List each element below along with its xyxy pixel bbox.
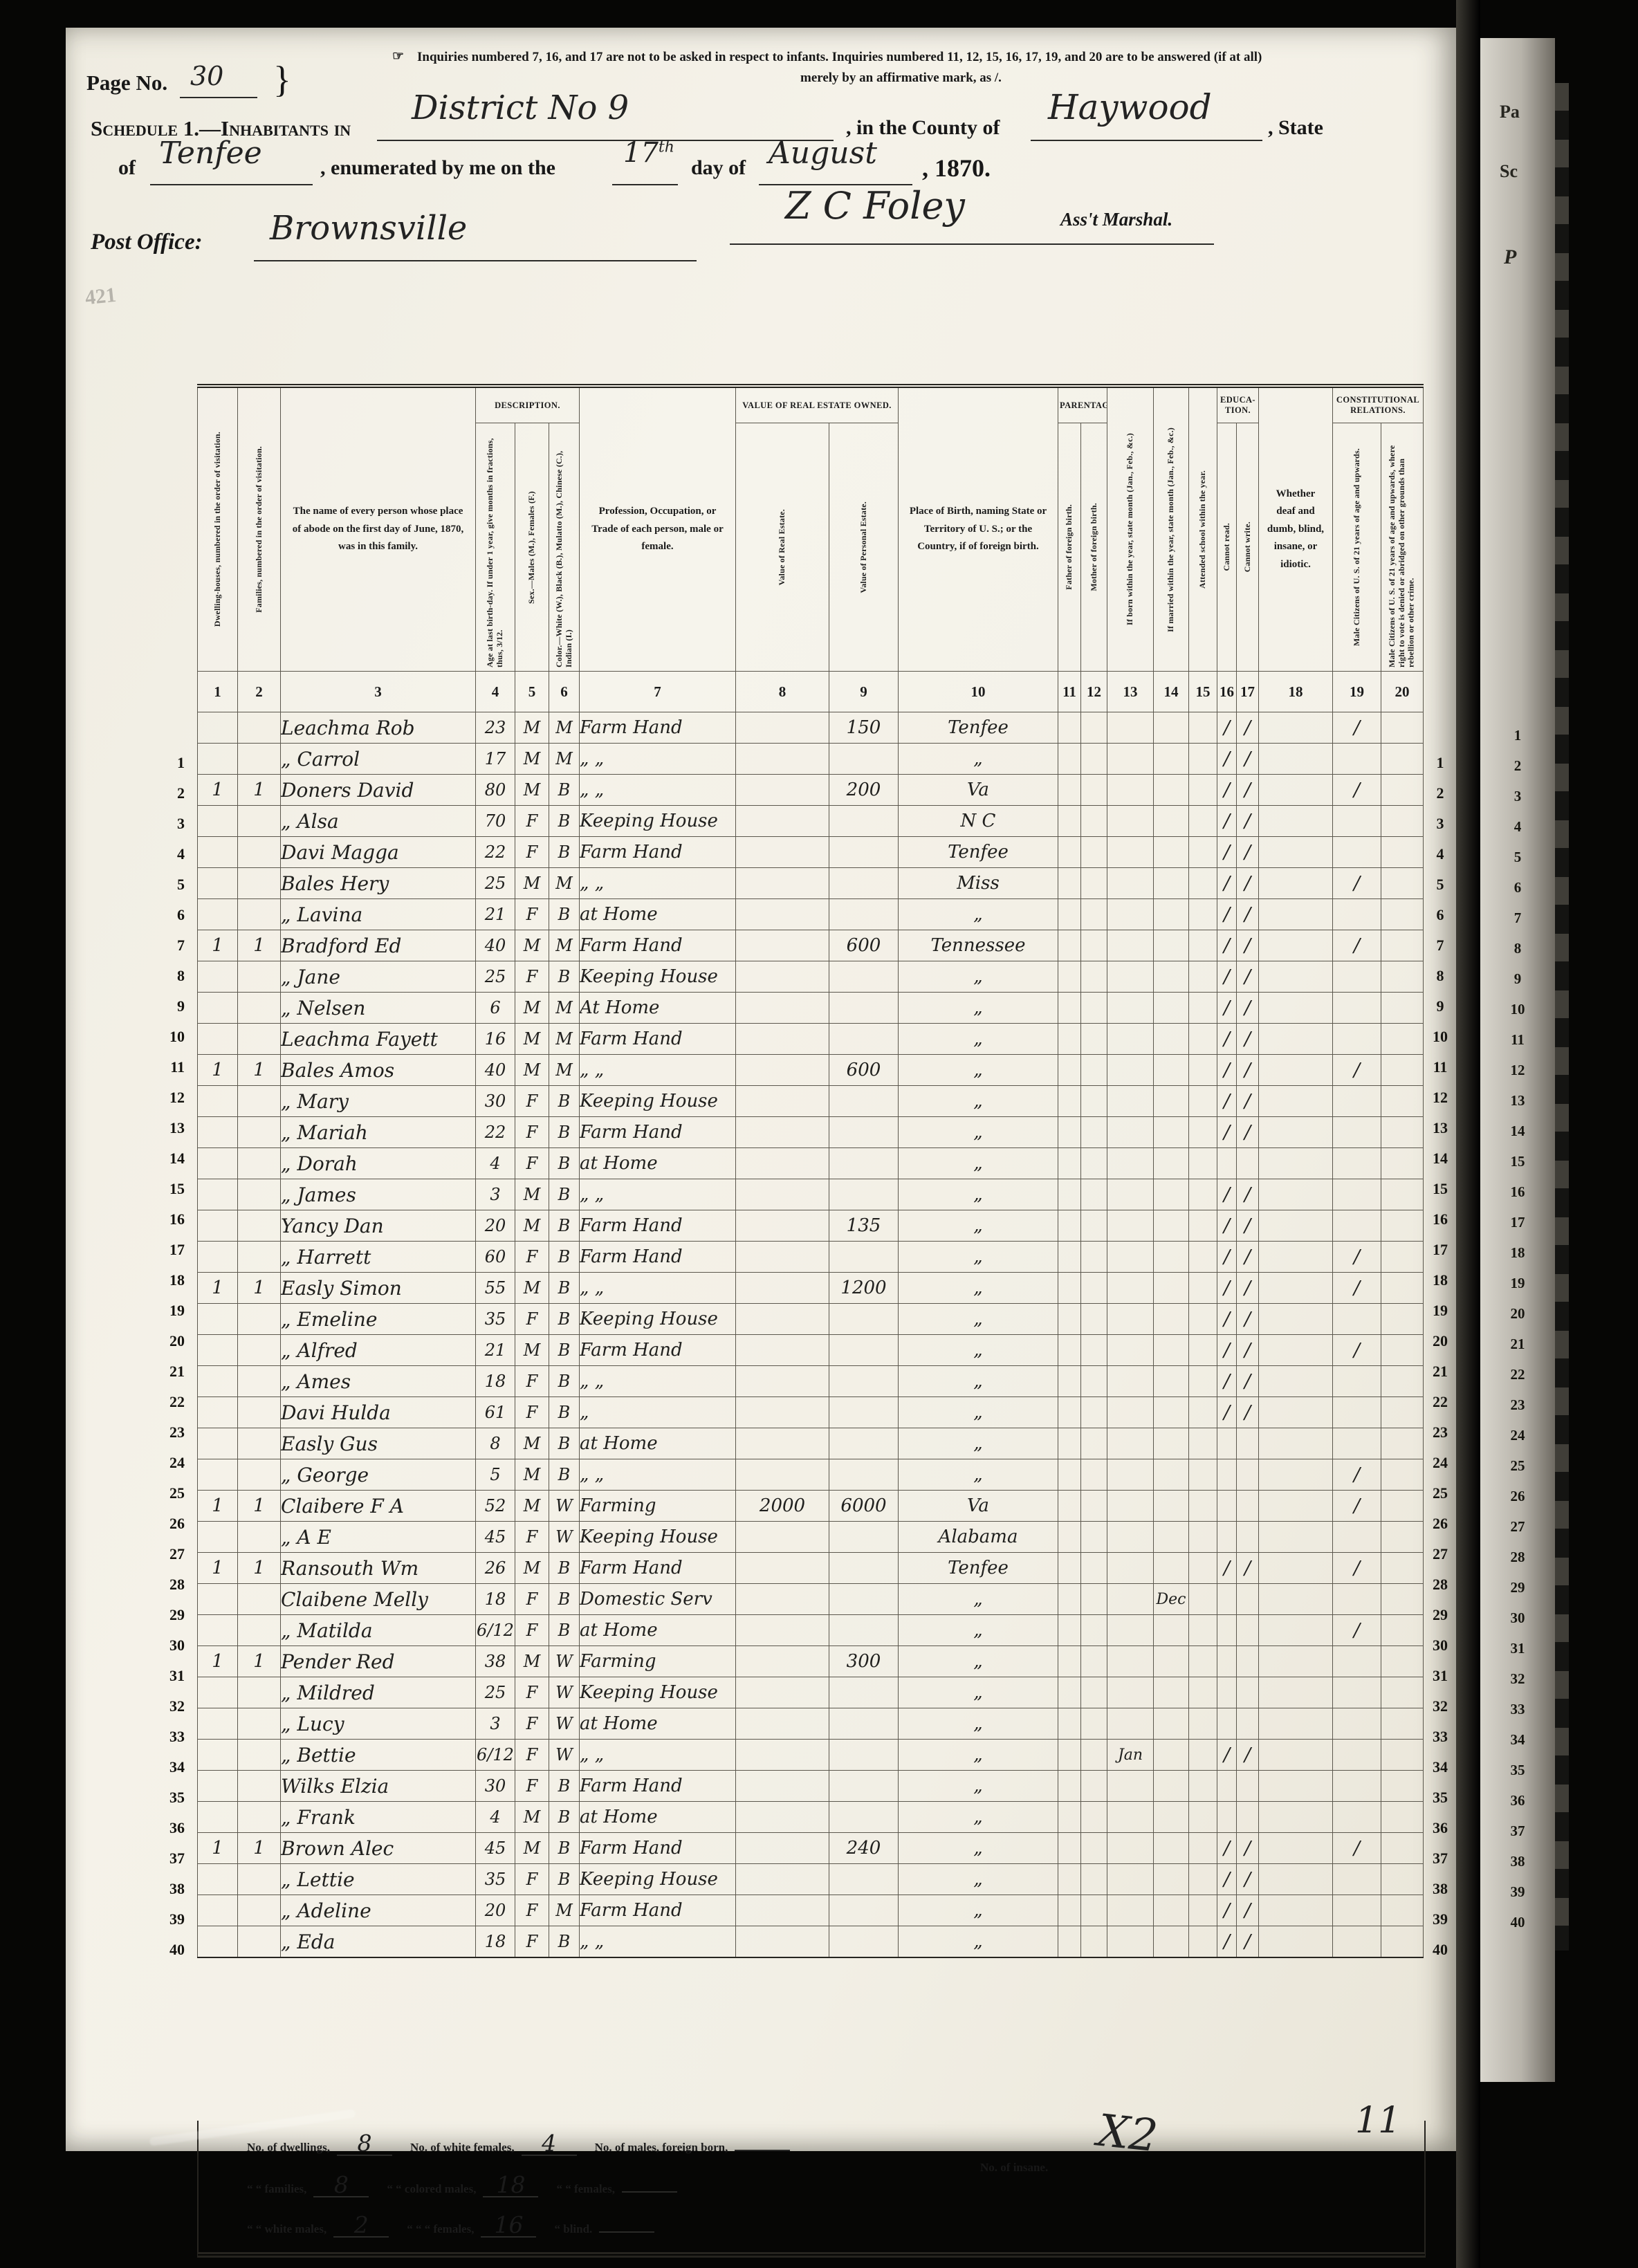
cell-married-month: [1154, 1553, 1189, 1584]
cell-birthplace: „: [899, 1210, 1058, 1242]
group-description: DESCRIPTION.: [476, 386, 580, 423]
person-row-36: „ Frank4MBat Home„: [198, 1802, 1424, 1833]
group-value-owned-label: VALUE OF REAL ESTATE OWNED.: [736, 398, 898, 414]
cell-name: „ James: [281, 1179, 476, 1210]
cell-cannot-read: [1217, 1584, 1237, 1615]
cell-color: B: [549, 1833, 580, 1864]
cell-born-month: [1107, 1210, 1154, 1242]
cell-age: 52: [476, 1491, 515, 1522]
cell-birthplace: „: [899, 1179, 1058, 1210]
cell-sex: F: [515, 1895, 549, 1926]
cell-real-estate: [736, 1708, 829, 1740]
row-number-20: 20: [1426, 1326, 1455, 1356]
row-number-40: 40: [149, 1935, 189, 1965]
cell-real-estate: [736, 1802, 829, 1833]
marshal-signature: Z C Foley: [785, 184, 965, 228]
cell-real-estate: [736, 1926, 829, 1958]
person-row-6: Bales Hery25MM„ „Miss///: [198, 868, 1424, 899]
cell-father-foreign: [1058, 1086, 1081, 1117]
cell-sex: F: [515, 1366, 549, 1397]
person-row-9: „ Jane25FBKeeping House„//: [198, 961, 1424, 993]
row-number-16: 16: [1426, 1204, 1455, 1235]
cell-father-foreign: [1058, 1864, 1081, 1895]
cell-birthplace: „: [899, 1397, 1058, 1428]
cell-age: 30: [476, 1086, 515, 1117]
cell-dwelling: 1: [198, 1553, 238, 1584]
cell-sex: F: [515, 899, 549, 930]
col-family-header: Families, numbered in the order of visit…: [238, 386, 281, 672]
cell-married-month: [1154, 1833, 1189, 1864]
cell-married-month: [1154, 775, 1189, 806]
person-row-8: 11Bradford Ed40MMFarm Hand600Tennessee//…: [198, 930, 1424, 961]
row-number-33: 33: [1480, 1694, 1555, 1724]
cell-age: 16: [476, 1024, 515, 1055]
cell-color: B: [549, 1210, 580, 1242]
cell-male-citizen: [1333, 1926, 1381, 1958]
cell-cannot-read: /: [1217, 1553, 1237, 1584]
cell-cannot-write: /: [1237, 1864, 1259, 1895]
cell-school: [1189, 1148, 1217, 1179]
cell-family: [238, 1086, 281, 1117]
cell-school: [1189, 1086, 1217, 1117]
cell-mother-foreign: [1081, 1491, 1107, 1522]
cell-school: [1189, 1708, 1217, 1740]
tally-mark-x: X2: [1095, 2105, 1160, 2163]
cell-color: M: [549, 744, 580, 775]
row-number-31: 31: [1426, 1661, 1455, 1691]
cell-color: M: [549, 1024, 580, 1055]
cell-sex: M: [515, 1428, 549, 1459]
cell-name: „ Alfred: [281, 1335, 476, 1366]
cell-mother-foreign: [1081, 1273, 1107, 1304]
cell-color: B: [549, 1397, 580, 1428]
cell-disability: [1259, 1304, 1333, 1335]
cell-school: [1189, 1024, 1217, 1055]
cell-family: [238, 1242, 281, 1273]
cell-family: [238, 712, 281, 744]
summary-c-value: [735, 2150, 790, 2151]
col-male-citizen-denied-header-label: Male Citizens of U. S. of 21 years of ag…: [1388, 427, 1416, 667]
col-number-4: 4: [476, 672, 515, 712]
row-number-15: 15: [1426, 1174, 1455, 1204]
col-male-citizen-header: Male Citizens of U. S. of 21 years of ag…: [1333, 423, 1381, 672]
cell-personal-estate: [829, 1864, 899, 1895]
cell-sex: M: [515, 930, 549, 961]
cell-father-foreign: [1058, 1646, 1081, 1677]
cell-mother-foreign: [1081, 712, 1107, 744]
row-number-19: 19: [1480, 1268, 1555, 1298]
row-number-7: 7: [149, 930, 189, 961]
cell-mother-foreign: [1081, 1210, 1107, 1242]
cell-disability: [1259, 1677, 1333, 1708]
cell-male-citizen: /: [1333, 1833, 1381, 1864]
cell-occupation: „ „: [580, 868, 736, 899]
cell-family: [238, 1335, 281, 1366]
cell-father-foreign: [1058, 1708, 1081, 1740]
cell-name: „ Lucy: [281, 1708, 476, 1740]
cell-male-citizen-denied: [1381, 1273, 1424, 1304]
person-row-34: „ Bettie6/12FW„ „„Jan//: [198, 1740, 1424, 1771]
cell-male-citizen-denied: [1381, 1055, 1424, 1086]
cell-occupation: Domestic Serv: [580, 1584, 736, 1615]
row-number-17: 17: [1426, 1235, 1455, 1265]
row-number-30: 30: [1480, 1603, 1555, 1633]
cell-real-estate: [736, 1833, 829, 1864]
cell-disability: [1259, 1366, 1333, 1397]
row-number-30: 30: [1426, 1630, 1455, 1661]
cell-birthplace: „: [899, 899, 1058, 930]
cell-disability: [1259, 1024, 1333, 1055]
cell-male-citizen: [1333, 1397, 1381, 1428]
cell-male-citizen-denied: [1381, 1117, 1424, 1148]
cell-color: B: [549, 1242, 580, 1273]
row-number-10: 10: [149, 1022, 189, 1052]
cell-age: 55: [476, 1273, 515, 1304]
cell-real-estate: [736, 806, 829, 837]
cell-real-estate: [736, 1117, 829, 1148]
col-disability-header-label: Whether deaf and dumb, blind, insane, or…: [1259, 481, 1332, 578]
cell-occupation: at Home: [580, 1428, 736, 1459]
cell-married-month: [1154, 1055, 1189, 1086]
row-number-16: 16: [1480, 1177, 1555, 1207]
cell-born-month: [1107, 868, 1154, 899]
row-number-4: 4: [149, 839, 189, 869]
cell-mother-foreign: [1081, 1428, 1107, 1459]
cell-male-citizen: [1333, 1708, 1381, 1740]
cell-age: 25: [476, 1677, 515, 1708]
cell-father-foreign: [1058, 1055, 1081, 1086]
cell-personal-estate: [829, 1740, 899, 1771]
cell-occupation: „ „: [580, 744, 736, 775]
cell-father-foreign: [1058, 930, 1081, 961]
cell-name: „ Mildred: [281, 1677, 476, 1708]
cell-born-month: [1107, 806, 1154, 837]
enumerated-label: , enumerated by me on the: [320, 156, 555, 180]
cell-name: Claibere F A: [281, 1491, 476, 1522]
cell-male-citizen: /: [1333, 1491, 1381, 1522]
cell-school: [1189, 775, 1217, 806]
cell-cannot-write: /: [1237, 1273, 1259, 1304]
row-number-36: 36: [1426, 1813, 1455, 1843]
col-family-header-label: Families, numbered in the order of visit…: [255, 446, 264, 613]
col-personal-estate-header-label: Value of Personal Estate.: [859, 501, 869, 593]
cell-mother-foreign: [1081, 775, 1107, 806]
cell-personal-estate: [829, 1397, 899, 1428]
person-row-31: 11Pender Red38MWFarming300„: [198, 1646, 1424, 1677]
cell-birthplace: „: [899, 1708, 1058, 1740]
day-of-label: day of: [691, 156, 746, 180]
cell-name: „ George: [281, 1459, 476, 1491]
cell-father-foreign: [1058, 806, 1081, 837]
cell-cannot-write: /: [1237, 1242, 1259, 1273]
cell-cannot-read: /: [1217, 712, 1237, 744]
summary-b-value: 18: [483, 2173, 538, 2197]
blank-line: [1031, 140, 1262, 141]
cell-real-estate: [736, 1895, 829, 1926]
person-row-22: „ Ames18FB„ „„//: [198, 1366, 1424, 1397]
summary-c-label: “ blind.: [554, 2222, 592, 2236]
book-gutter: [1456, 0, 1480, 2268]
cell-married-month: [1154, 1210, 1189, 1242]
cell-sex: F: [515, 1740, 549, 1771]
cell-mother-foreign: [1081, 1584, 1107, 1615]
cell-disability: [1259, 1615, 1333, 1646]
cell-color: B: [549, 806, 580, 837]
cell-male-citizen: [1333, 1179, 1381, 1210]
cell-cannot-write: /: [1237, 837, 1259, 868]
row-number-39: 39: [149, 1904, 189, 1935]
col-number-9: 9: [829, 672, 899, 712]
cell-name: „ Dorah: [281, 1148, 476, 1179]
cell-color: M: [549, 1055, 580, 1086]
cell-school: [1189, 1740, 1217, 1771]
row-number-9: 9: [149, 991, 189, 1022]
row-number-37: 37: [149, 1843, 189, 1874]
cell-cannot-read: /: [1217, 930, 1237, 961]
cell-male-citizen-denied: [1381, 1459, 1424, 1491]
row-number-2: 2: [1480, 750, 1555, 781]
cell-father-foreign: [1058, 1273, 1081, 1304]
group-education-label: EDUCA-TION.: [1217, 392, 1258, 418]
col-male-citizen-denied-header: Male Citizens of U. S. of 21 years of ag…: [1381, 423, 1424, 672]
cell-occupation: Farm Hand: [580, 930, 736, 961]
cell-dwelling: [198, 744, 238, 775]
adjacent-fragment: Sc: [1500, 161, 1518, 182]
row-number-33: 33: [1426, 1722, 1455, 1752]
group-value-owned: VALUE OF REAL ESTATE OWNED.: [736, 386, 899, 423]
cell-male-citizen-denied: [1381, 775, 1424, 806]
cell-school: [1189, 1210, 1217, 1242]
cell-name: „ Frank: [281, 1802, 476, 1833]
col-number-3: 3: [281, 672, 476, 712]
cell-birthplace: „: [899, 1646, 1058, 1677]
cell-occupation: „ „: [580, 775, 736, 806]
cell-family: [238, 1864, 281, 1895]
cell-real-estate: [736, 1646, 829, 1677]
cell-married-month: [1154, 993, 1189, 1024]
cell-age: 21: [476, 1335, 515, 1366]
cell-family: [238, 1179, 281, 1210]
month-value: August: [769, 136, 877, 171]
row-number-21: 21: [1480, 1329, 1555, 1359]
cell-family: [238, 1771, 281, 1802]
cell-birthplace: „: [899, 993, 1058, 1024]
cell-cannot-write: /: [1237, 1086, 1259, 1117]
film-edge-marks: [1555, 83, 1569, 1951]
cell-born-month: [1107, 744, 1154, 775]
col-number-20: 20: [1381, 672, 1424, 712]
cell-dwelling: 1: [198, 1833, 238, 1864]
cell-age: 6/12: [476, 1740, 515, 1771]
cell-mother-foreign: [1081, 1895, 1107, 1926]
cell-personal-estate: [829, 744, 899, 775]
cell-real-estate: [736, 712, 829, 744]
cell-sex: M: [515, 1553, 549, 1584]
cell-birthplace: „: [899, 1895, 1058, 1926]
cell-married-month: [1154, 868, 1189, 899]
cell-cannot-write: /: [1237, 1210, 1259, 1242]
cell-male-citizen: /: [1333, 1273, 1381, 1304]
cell-school: [1189, 744, 1217, 775]
cell-male-citizen-denied: [1381, 1335, 1424, 1366]
cell-color: B: [549, 1148, 580, 1179]
cell-born-month: [1107, 1428, 1154, 1459]
cell-mother-foreign: [1081, 1366, 1107, 1397]
cell-age: 23: [476, 712, 515, 744]
cell-birthplace: Va: [899, 775, 1058, 806]
cell-mother-foreign: [1081, 868, 1107, 899]
cell-disability: [1259, 899, 1333, 930]
row-number-27: 27: [149, 1539, 189, 1569]
cell-dwelling: [198, 1459, 238, 1491]
row-number-39: 39: [1480, 1877, 1555, 1907]
cell-born-month: [1107, 930, 1154, 961]
row-number-22: 22: [1480, 1359, 1555, 1390]
blank-line: [180, 97, 257, 98]
cell-occupation: Farm Hand: [580, 1335, 736, 1366]
cell-name: „ Alsa: [281, 806, 476, 837]
summary-line: “ “ white males,2“ “ “ females,16“ blind…: [247, 2213, 672, 2238]
cell-married-month: [1154, 1864, 1189, 1895]
row-number-21: 21: [1426, 1356, 1455, 1387]
col-birthplace-header: Place of Birth, naming State or Territor…: [899, 386, 1058, 672]
cell-sex: F: [515, 1771, 549, 1802]
cell-color: B: [549, 899, 580, 930]
cell-born-month: [1107, 712, 1154, 744]
person-row-39: „ Adeline20FMFarm Hand„//: [198, 1895, 1424, 1926]
cell-real-estate: [736, 1210, 829, 1242]
cell-dwelling: [198, 1864, 238, 1895]
row-number-13: 13: [149, 1113, 189, 1143]
cell-male-citizen-denied: [1381, 1895, 1424, 1926]
cell-family: [238, 1210, 281, 1242]
cell-family: [238, 1615, 281, 1646]
cell-dwelling: [198, 1366, 238, 1397]
cell-male-citizen-denied: [1381, 1024, 1424, 1055]
cell-married-month: [1154, 1491, 1189, 1522]
row-number-14: 14: [1426, 1143, 1455, 1174]
cell-disability: [1259, 930, 1333, 961]
blank-line: [612, 184, 678, 185]
cell-father-foreign: [1058, 1148, 1081, 1179]
row-number-31: 31: [149, 1661, 189, 1691]
cell-born-month: [1107, 899, 1154, 930]
cell-dwelling: 1: [198, 930, 238, 961]
row-number-1: 1: [1426, 748, 1455, 778]
notice-line-2: merely by an affirmative mark, as /.: [800, 71, 1002, 86]
col-occupation-header: Profession, Occupation, or Trade of each…: [580, 386, 736, 672]
person-row-19: 11Easly Simon55MB„ „1200„///: [198, 1273, 1424, 1304]
cell-color: B: [549, 1864, 580, 1895]
cell-born-month: [1107, 1708, 1154, 1740]
col-real-estate-header: Value of Real Estate.: [736, 423, 829, 672]
cell-family: [238, 993, 281, 1024]
cell-mother-foreign: [1081, 1459, 1107, 1491]
cell-cannot-read: /: [1217, 1335, 1237, 1366]
col-age-header-label: Age at last birth-day. If under 1 year, …: [486, 427, 505, 667]
cell-school: [1189, 1646, 1217, 1677]
cell-personal-estate: [829, 1304, 899, 1335]
cell-dwelling: [198, 1740, 238, 1771]
cell-school: [1189, 1833, 1217, 1864]
cell-father-foreign: [1058, 961, 1081, 993]
cell-birthplace: „: [899, 1584, 1058, 1615]
row-number-36: 36: [1480, 1785, 1555, 1816]
group-education: EDUCA-TION.: [1217, 386, 1259, 423]
cell-color: M: [549, 868, 580, 899]
cell-school: [1189, 1926, 1217, 1958]
cell-married-month: [1154, 1459, 1189, 1491]
col-cannot-read-header-label: Cannot read.: [1222, 523, 1232, 571]
person-row-38: „ Lettie35FBKeeping House„//: [198, 1864, 1424, 1895]
col-number-8: 8: [736, 672, 829, 712]
cell-age: 3: [476, 1708, 515, 1740]
cell-born-month: [1107, 1553, 1154, 1584]
cell-name: Doners David: [281, 775, 476, 806]
cell-real-estate: [736, 1148, 829, 1179]
cell-male-citizen-denied: [1381, 1304, 1424, 1335]
row-number-18: 18: [1480, 1237, 1555, 1268]
cell-birthplace: „: [899, 1926, 1058, 1958]
cell-married-month: [1154, 1677, 1189, 1708]
cell-father-foreign: [1058, 744, 1081, 775]
person-row-14: „ Mariah22FBFarm Hand„//: [198, 1117, 1424, 1148]
row-number-35: 35: [1426, 1782, 1455, 1813]
row-number-35: 35: [1480, 1755, 1555, 1785]
cell-occupation: „ „: [580, 1459, 736, 1491]
cell-dwelling: [198, 868, 238, 899]
cell-born-month: [1107, 1864, 1154, 1895]
cell-occupation: Keeping House: [580, 961, 736, 993]
summary-b-value: 4: [522, 2132, 577, 2156]
cell-age: 3: [476, 1179, 515, 1210]
cell-occupation: Farming: [580, 1646, 736, 1677]
cell-age: 35: [476, 1304, 515, 1335]
cell-mother-foreign: [1081, 993, 1107, 1024]
cell-age: 18: [476, 1366, 515, 1397]
cell-age: 25: [476, 868, 515, 899]
cell-occupation: „: [580, 1397, 736, 1428]
row-number-21: 21: [149, 1356, 189, 1387]
cell-sex: M: [515, 1273, 549, 1304]
cell-family: [238, 1522, 281, 1553]
cell-cannot-read: /: [1217, 744, 1237, 775]
cell-occupation: Farm Hand: [580, 1895, 736, 1926]
cell-father-foreign: [1058, 1584, 1081, 1615]
summary-a-value: 8: [313, 2173, 369, 2197]
row-number-13: 13: [1480, 1085, 1555, 1116]
summary-a-label: “ “ families,: [247, 2182, 306, 2196]
cell-male-citizen-denied: [1381, 1491, 1424, 1522]
cell-birthplace: Tennessee: [899, 930, 1058, 961]
cell-married-month: [1154, 1802, 1189, 1833]
summary-a-label: “ “ white males,: [247, 2222, 326, 2236]
cell-family: 1: [238, 930, 281, 961]
cell-male-citizen: /: [1333, 1055, 1381, 1086]
blank-line: [730, 243, 1214, 245]
cell-occupation: Keeping House: [580, 1086, 736, 1117]
cell-real-estate: [736, 1304, 829, 1335]
col-married-month-header: If married within the year, state month …: [1154, 386, 1189, 672]
cell-school: [1189, 930, 1217, 961]
col-cannot-read-header: Cannot read.: [1217, 423, 1237, 672]
cell-male-citizen: [1333, 1024, 1381, 1055]
cell-color: B: [549, 1304, 580, 1335]
cell-birthplace: Alabama: [899, 1522, 1058, 1553]
col-number-6: 6: [549, 672, 580, 712]
page-no-value: 30: [190, 61, 223, 91]
cell-name: „ Eda: [281, 1926, 476, 1958]
